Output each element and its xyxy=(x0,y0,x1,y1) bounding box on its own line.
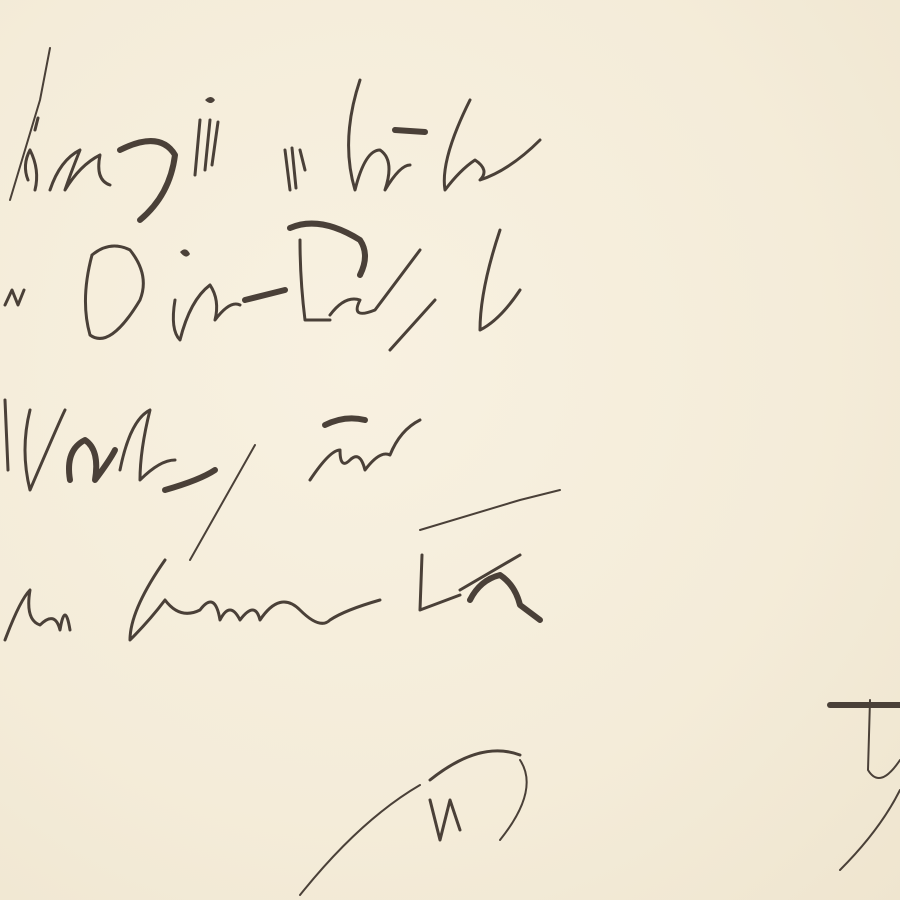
handwriting-line-4 xyxy=(5,555,540,640)
manuscript-page: Vieles ist verloren am Dichter, das Male… xyxy=(0,0,900,900)
handwriting-line-2 xyxy=(5,224,520,350)
handwriting-line-3 xyxy=(5,400,560,560)
handwriting-strokes xyxy=(0,0,900,900)
handwriting-line-1 xyxy=(10,48,540,220)
handwriting-signature xyxy=(300,700,900,895)
